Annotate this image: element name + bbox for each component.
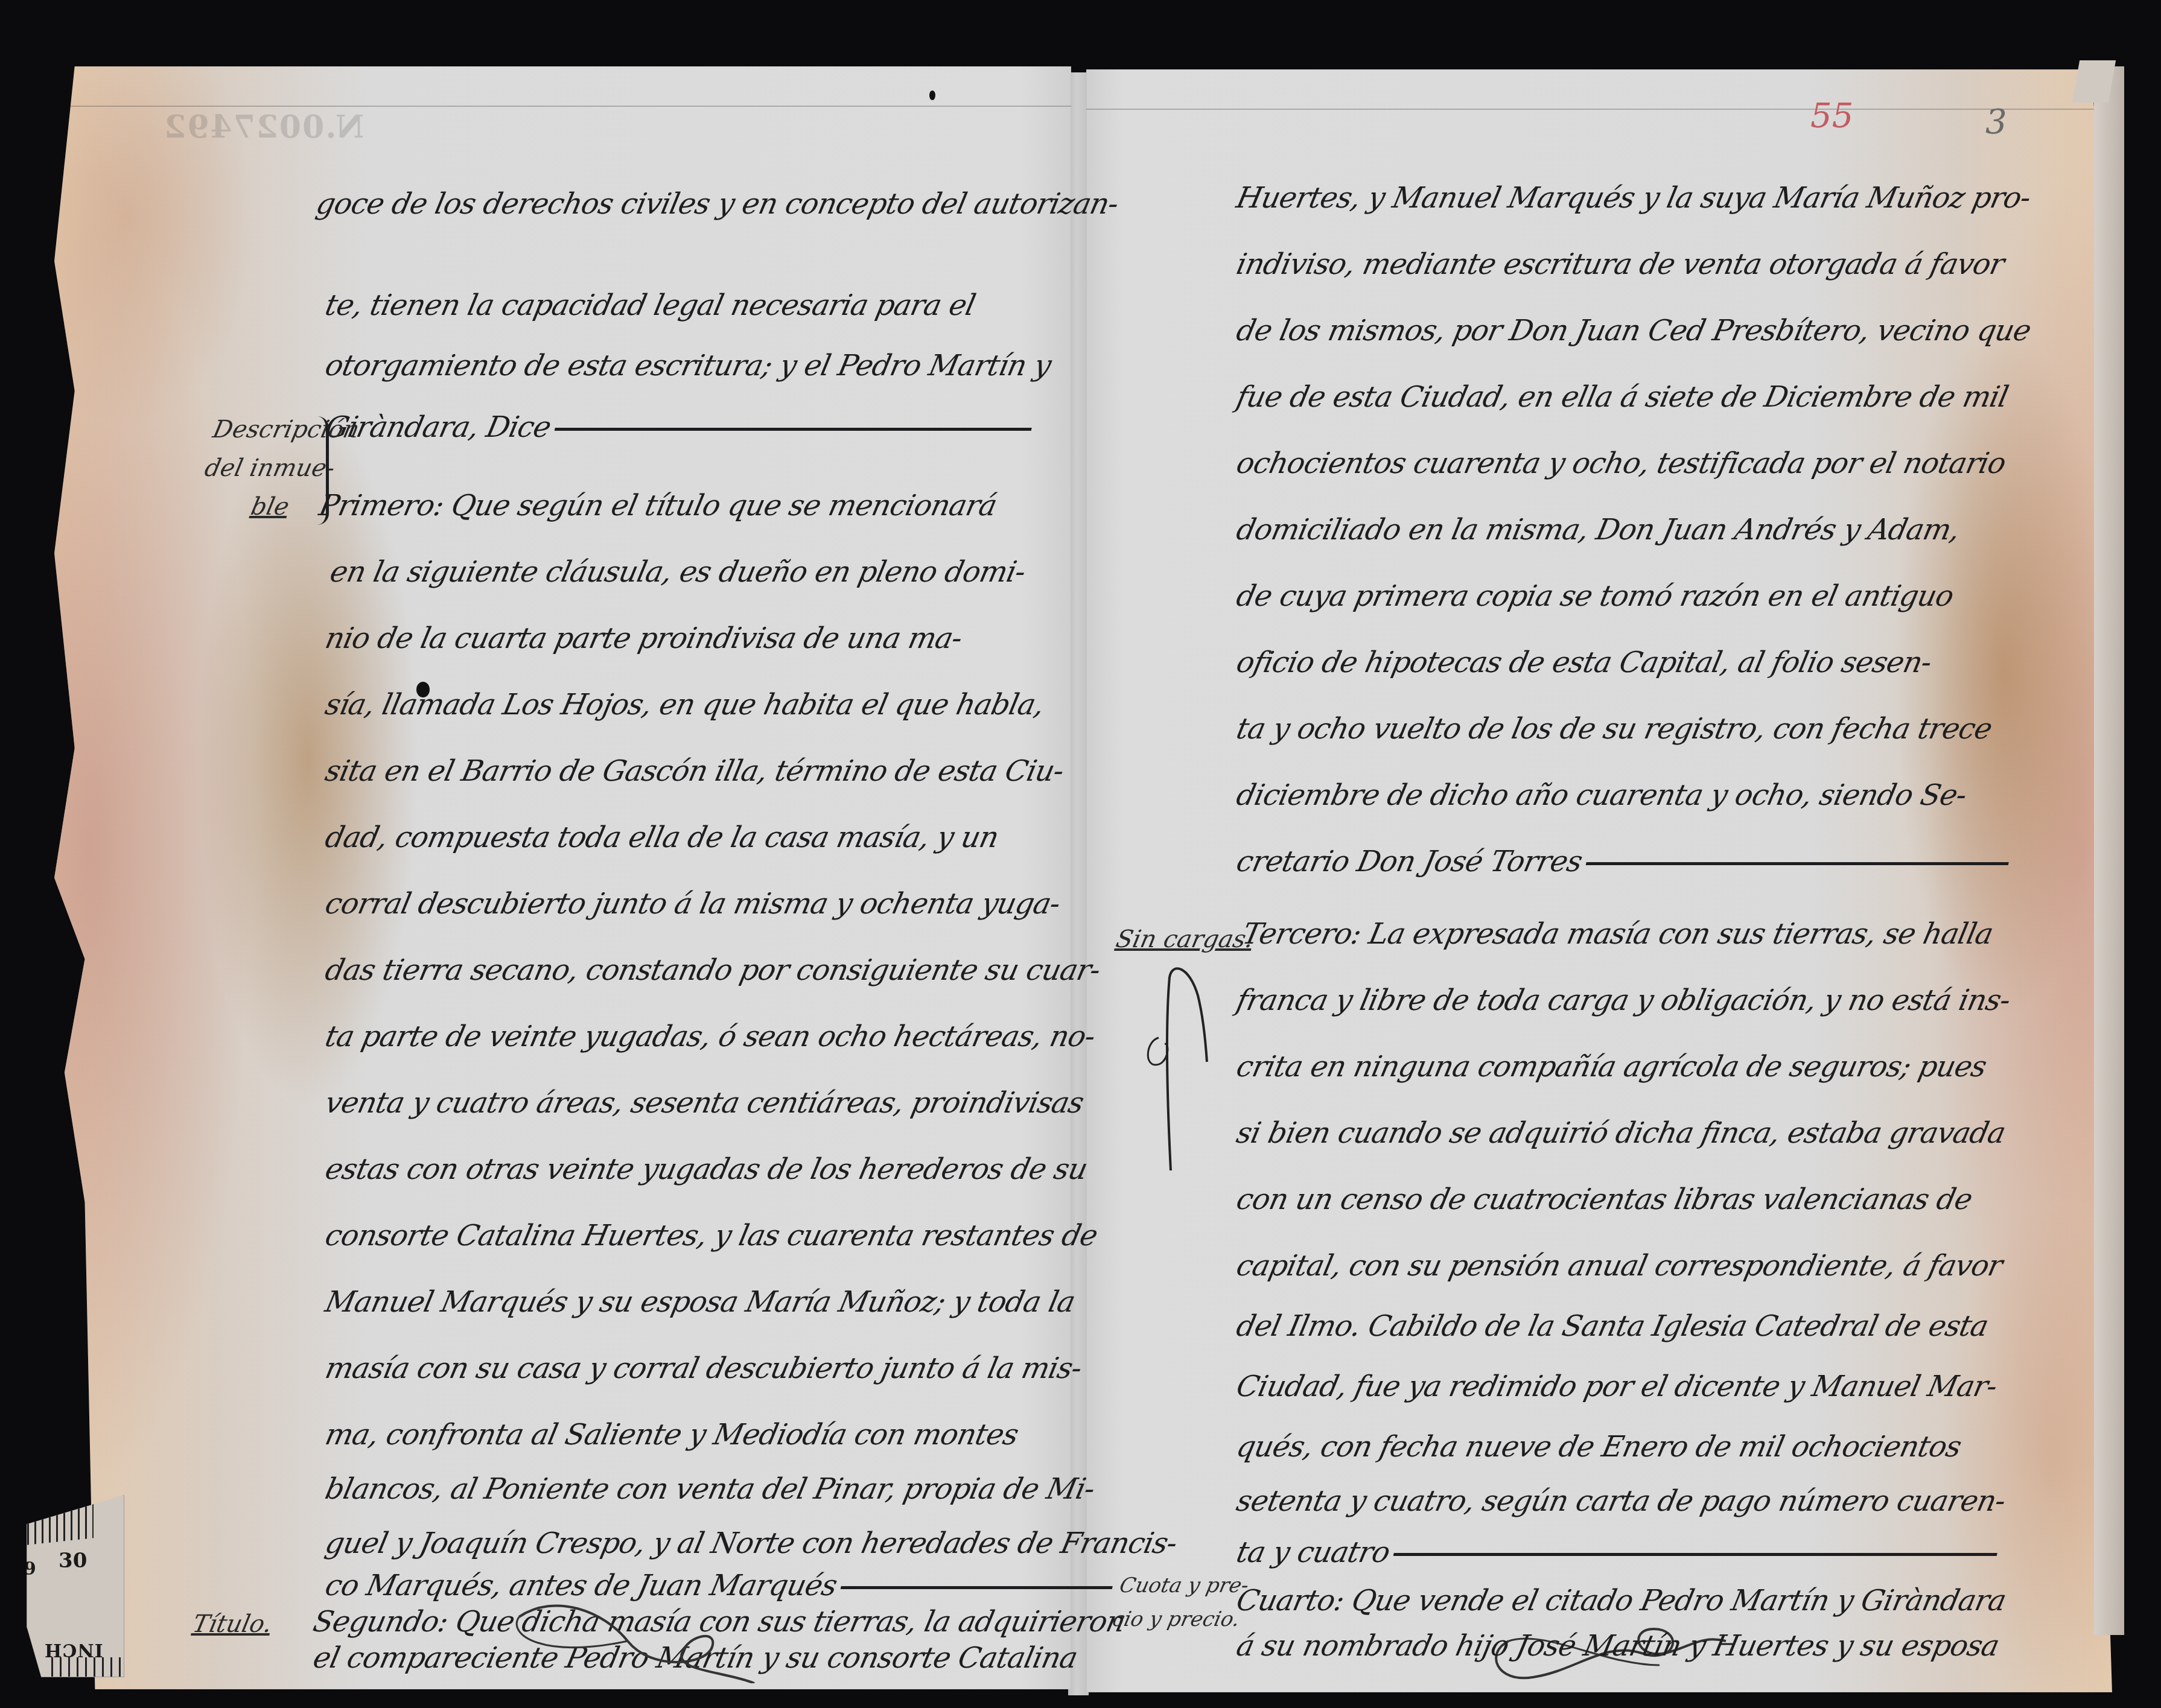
margin-note-sin-cargas: Sin cargas. [1112, 920, 1257, 959]
text-line: goce de los derechos civiles y en concep… [313, 187, 1121, 221]
margin-note-line: Sin cargas. [1113, 925, 1256, 953]
text-line: otorgamiento de esta escritura; y el Ped… [322, 349, 1054, 383]
text-line: con un censo de cuatrocientas libras val… [1233, 1183, 1975, 1216]
text-line: ochocientos cuarenta y ocho, testificada… [1233, 446, 2008, 480]
text-line: domiciliado en la misma, Don Juan Andrés… [1233, 513, 1962, 547]
text-line: sita en el Barrio de Gascón illa, términ… [322, 754, 1066, 788]
folio-number-red: 55 [1810, 97, 1853, 136]
line-filler-rule [841, 1586, 1113, 1589]
text-line: Huertes, y Manuel Marqués y la suya Marí… [1233, 181, 2034, 215]
book-gutter [1068, 72, 1089, 1695]
text-line: indiviso, mediante escritura de venta ot… [1233, 247, 2007, 281]
line-filler-rule [554, 428, 1031, 431]
flourish-paraph-left [507, 1593, 760, 1683]
margin-note-line: cio y precio. [1109, 1602, 1245, 1636]
ruler-number: 30 [59, 1549, 87, 1573]
text-line-primero: Primero: Que según el título que se menc… [316, 489, 1000, 522]
text-line: franca y libre de toda carga y obligació… [1233, 983, 2013, 1017]
bleed-through-stamp-number: N.0027492 [163, 109, 364, 145]
text-line: capital, con su pensión anual correspond… [1233, 1249, 2005, 1283]
text-line: de los mismos, por Don Juan Ced Presbíte… [1233, 314, 2034, 348]
text-line: nio de la cuarta parte proindivisa de un… [322, 621, 965, 655]
text-line: del Ilmo. Cabildo de la Santa Iglesia Ca… [1233, 1309, 1991, 1343]
ruler-number: 9 [24, 1558, 36, 1579]
margin-note-line: Descripción [209, 410, 363, 449]
text-line: ta y ocho vuelto de los de su registro, … [1233, 712, 1995, 746]
page-stack-edge [2094, 66, 2124, 1635]
text-line: estas con otras veinte yugadas de los he… [322, 1152, 1090, 1186]
ink-blot [416, 682, 430, 697]
text-line: consorte Catalina Huertes, y las cuarent… [322, 1219, 1100, 1252]
text-line: ta parte de veinte yugadas, ó sean ocho … [322, 1020, 1098, 1053]
text-line: masía con su casa y corral descubierto j… [322, 1351, 1084, 1385]
text-fragment: ta y cuatro [1233, 1535, 1393, 1569]
ruler-ticks [27, 1502, 94, 1545]
text-line: Manuel Marqués y su esposa María Muñoz; … [322, 1285, 1078, 1319]
margin-rubric-mark [1135, 959, 1219, 1189]
text-line: Ciudad, fue ya redimido por el dicente y… [1233, 1370, 2000, 1403]
text-line: diciembre de dicho año cuarenta y ocho, … [1233, 778, 1970, 812]
margin-note-line: Cuota y pre- [1116, 1569, 1252, 1602]
text-line: te, tienen la capacidad legal necesaria … [322, 288, 978, 322]
text-line: si bien cuando se adquirió dicha finca, … [1233, 1116, 2008, 1150]
text-line: ta y cuatro [1233, 1535, 2001, 1569]
text-fragment: cretario Don José Torres [1233, 845, 1585, 878]
margin-note-titulo: Título. [189, 1605, 276, 1643]
text-line: oficio de hipotecas de esta Capital, al … [1233, 646, 1934, 679]
page-corner-tab [2072, 60, 2116, 103]
text-line: Giràndara, Dice [322, 410, 1036, 444]
line-filler-rule [1393, 1553, 1997, 1556]
top-ruling-line [54, 106, 1071, 107]
scale-ruler-sticker: 9 30 INCH [27, 1495, 124, 1677]
folio-number-pencil: 3 [1985, 103, 2007, 142]
margin-note-descripcion: Descripción del inmue- ble [193, 410, 363, 526]
text-line: á su nombrado hijo José Martín y Huertes… [1233, 1629, 2002, 1663]
text-line: sía, llamada Los Hojos, en que habita el… [322, 688, 1047, 722]
margin-brace [317, 416, 329, 525]
text-fragment: Primero: Que según el título que se menc… [316, 489, 1000, 522]
text-line: setenta y cuatro, según carta de pago nú… [1233, 1484, 2008, 1518]
margin-note-line: del inmue- [201, 449, 355, 487]
ruler-ticks [51, 1657, 124, 1677]
text-line: de cuya primera copia se tomó razón en e… [1233, 579, 1956, 613]
text-line: cretario Don José Torres [1233, 845, 2013, 878]
margin-note-cuota-precio: Cuota y pre- cio y precio. [1109, 1569, 1252, 1636]
text-line: das tierra secano, constando por consigu… [322, 953, 1103, 987]
text-line: blancos, al Poniente con venta del Pinar… [322, 1472, 1098, 1506]
text-line-cuarto: Cuarto: Que vende el citado Pedro Martín… [1233, 1584, 2009, 1618]
text-line: fue de esta Ciudad, en ella á siete de D… [1233, 380, 2011, 414]
text-line: en la siguiente cláusula, es dueño en pl… [327, 555, 1028, 589]
line-filler-rule [1585, 862, 2008, 865]
ink-dot [929, 90, 935, 100]
text-line: guel y Joaquín Crespo, y al Norte con he… [322, 1526, 1180, 1560]
text-line: qués, con fecha nueve de Enero de mil oc… [1233, 1430, 1964, 1464]
text-line-tercero: Tercero: La expresada masía con sus tier… [1240, 917, 1996, 951]
text-line: venta y cuatro áreas, sesenta centiáreas… [322, 1086, 1086, 1120]
text-line: corral descubierto junto á la misma y oc… [322, 887, 1063, 921]
top-ruling-line [1086, 109, 2112, 110]
text-line: ma, confronta al Saliente y Mediodía con… [322, 1418, 1021, 1452]
text-line: dad, compuesta toda ella de la casa masí… [322, 821, 1001, 854]
margin-note-line: Título. [190, 1610, 275, 1638]
text-line: crita en ninguna compañía agrícola de se… [1233, 1050, 1990, 1084]
